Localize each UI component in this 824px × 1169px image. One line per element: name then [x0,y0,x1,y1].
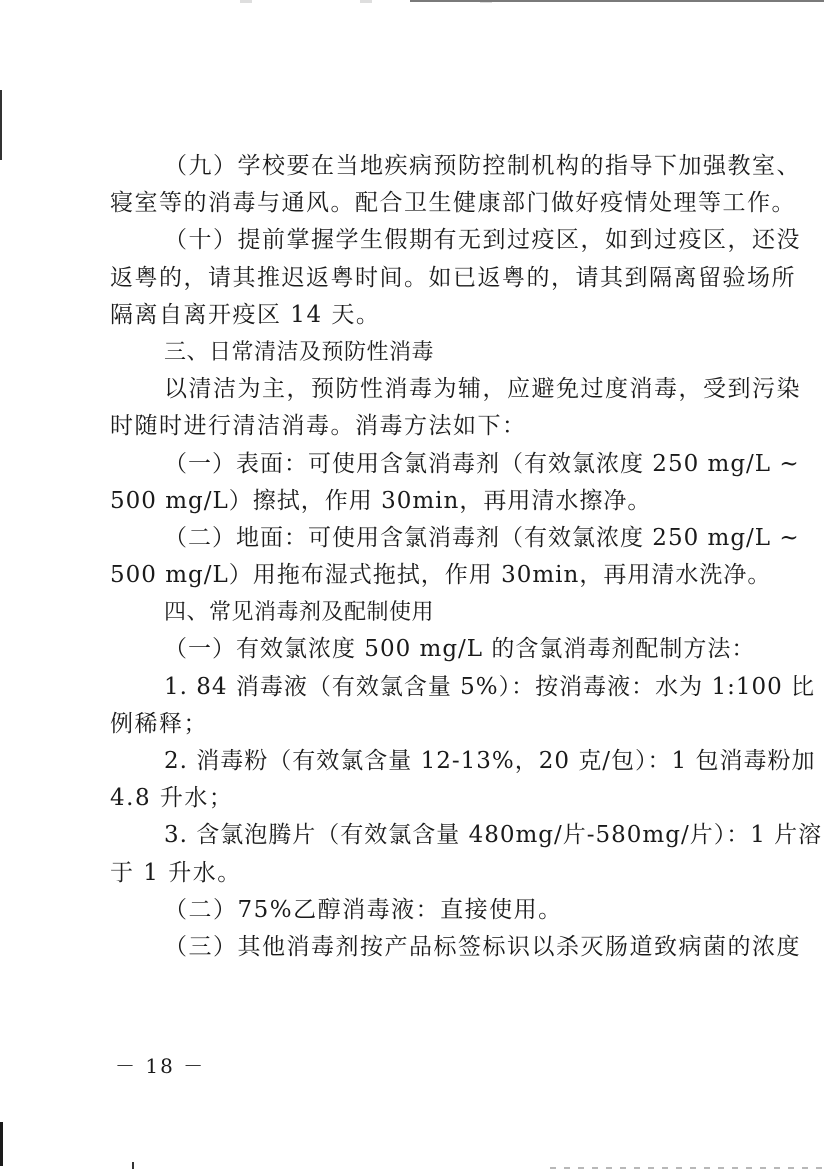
paragraph-other-disinfectants: （三）其他消毒剂按产品标签标识以杀灭肠道致病菌的浓度 [110,929,735,966]
text-line: 于 1 升水。 [110,855,735,892]
paragraph-item-9: （九）学校要在当地疾病预防控制机构的指导下加强教室、 寝室等的消毒与通风。配合卫… [110,148,735,222]
scan-artifact-bottom-mark [132,1162,134,1169]
text-line: （二）地面：可使用含氯消毒剂（有效氯浓度 250 mg/L ~ [110,520,735,557]
scan-artifact-left-edge-bottom [0,1122,3,1166]
text-line: 例稀释； [110,706,735,743]
text-line: 寝室等的消毒与通风。配合卫生健康部门做好疫情处理等工作。 [110,185,735,222]
paragraph-surface-disinfection: （一）表面：可使用含氯消毒剂（有效氯浓度 250 mg/L ~ 500 mg/L… [110,446,735,520]
paragraph-84-disinfectant: 1. 84 消毒液（有效氯含量 5%）：按消毒液：水为 1:100 比 例稀释； [110,669,735,743]
document-body: （九）学校要在当地疾病预防控制机构的指导下加强教室、 寝室等的消毒与通风。配合卫… [110,148,735,966]
document-page: （九）学校要在当地疾病预防控制机构的指导下加强教室、 寝室等的消毒与通风。配合卫… [0,0,824,1169]
text-line: 隔离自离开疫区 14 天。 [110,297,735,334]
text-line: 3. 含氯泡腾片（有效氯含量 480mg/片-580mg/片）：1 片溶 [110,817,735,854]
paragraph-section-3-intro: 以清洁为主，预防性消毒为辅，应避免过度消毒，受到污染 时随时进行清洁消毒。消毒方… [110,371,735,445]
paragraph-ethanol: （二）75%乙醇消毒液：直接使用。 [110,892,735,929]
paragraph-item-10: （十）提前掌握学生假期有无到过疫区，如到过疫区，还没 返粤的，请其推迟返粤时间。… [110,222,735,334]
text-line: 4.8 升水； [110,780,735,817]
scan-artifact-left-edge [0,90,2,160]
text-line: 500 mg/L）用拖布湿式拖拭，作用 30min，再用清水洗净。 [110,557,735,594]
paragraph-floor-disinfection: （二）地面：可使用含氯消毒剂（有效氯浓度 250 mg/L ~ 500 mg/L… [110,520,735,594]
text-line: （一）表面：可使用含氯消毒剂（有效氯浓度 250 mg/L ~ [110,446,735,483]
text-line: 2. 消毒粉（有效氯含量 12-13%，20 克/包）：1 包消毒粉加 [110,743,735,780]
text-line: （十）提前掌握学生假期有无到过疫区，如到过疫区，还没 [110,222,735,259]
text-line: 时随时进行清洁消毒。消毒方法如下： [110,408,735,445]
section-heading-3: 三、日常清洁及预防性消毒 [110,334,735,371]
text-line: 返粤的，请其推迟返粤时间。如已返粤的，请其到隔离留验场所 [110,260,735,297]
scan-artifact-top-line [410,0,824,2]
text-line: 以清洁为主，预防性消毒为辅，应避免过度消毒，受到污染 [110,371,735,408]
page-number: － 18 － [115,1054,205,1078]
paragraph-chlorine-preparation: （一）有效氯浓度 500 mg/L 的含氯消毒剂配制方法： [110,631,735,668]
paragraph-effervescent-tablet: 3. 含氯泡腾片（有效氯含量 480mg/片-580mg/片）：1 片溶 于 1… [110,817,735,891]
text-line: 500 mg/L）擦拭，作用 30min，再用清水擦净。 [110,483,735,520]
section-heading-4: 四、常见消毒剂及配制使用 [110,594,735,631]
text-line: （九）学校要在当地疾病预防控制机构的指导下加强教室、 [110,148,735,185]
text-line: 1. 84 消毒液（有效氯含量 5%）：按消毒液：水为 1:100 比 [110,669,735,706]
paragraph-disinfectant-powder: 2. 消毒粉（有效氯含量 12-13%，20 克/包）：1 包消毒粉加 4.8 … [110,743,735,817]
